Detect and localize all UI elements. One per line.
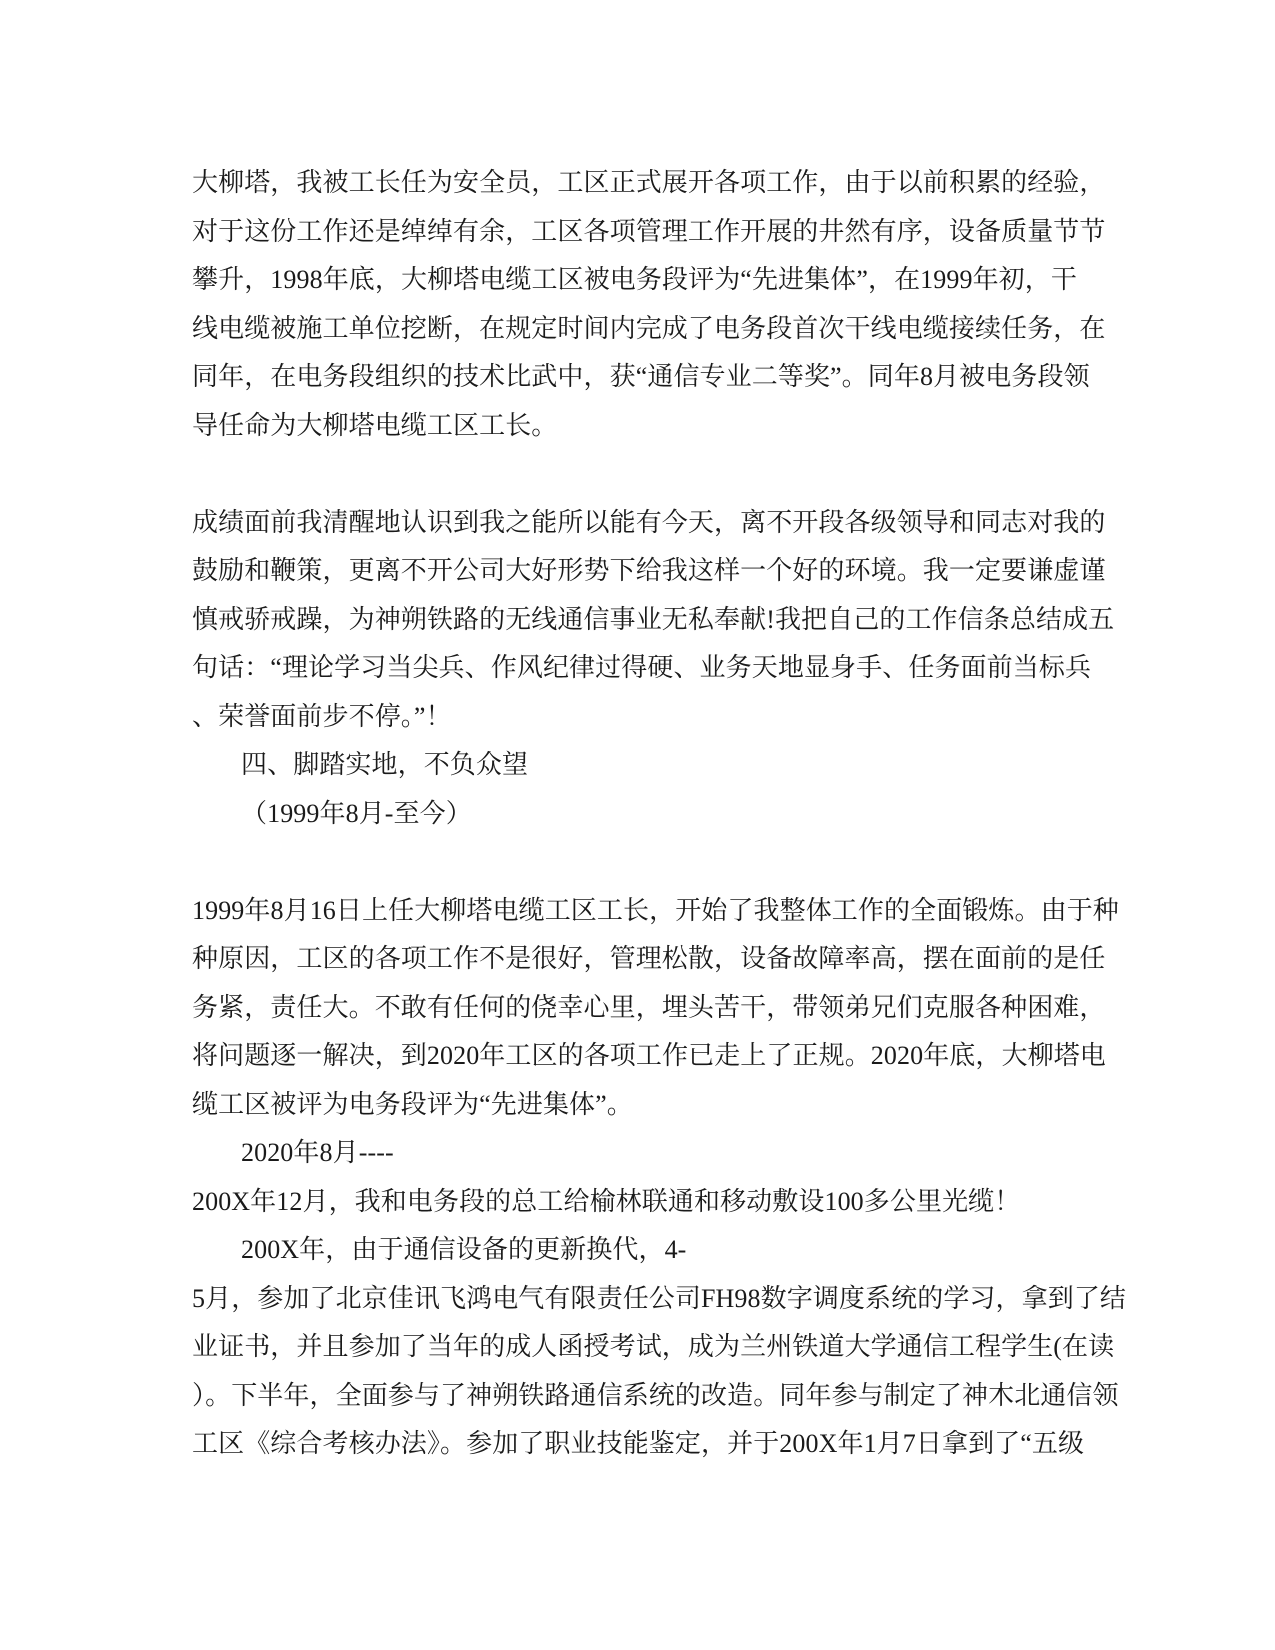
- text-line: 200X年，由于通信设备的更新换代，4-: [192, 1226, 1122, 1275]
- blank-line: [192, 450, 1122, 499]
- text-line: 5月，参加了北京佳讯飞鸿电气有限责任公司FH98数字调度系统的学习，拿到了结: [192, 1275, 1122, 1324]
- text-line: 大柳塔，我被工长任为安全员，工区正式展开各项工作，由于以前积累的经验，: [192, 159, 1122, 208]
- text-line: 攀升，1998年底，大柳塔电缆工区被电务段评为“先进集体”，在1999年初，干: [192, 256, 1122, 305]
- text-line: 线电缆被施工单位挖断，在规定时间内完成了电务段首次干线电缆接续任务，在: [192, 305, 1122, 354]
- blank-line: [192, 838, 1122, 887]
- text-line: 1999年8月16日上任大柳塔电缆工区工长，开始了我整体工作的全面锻炼。由于种: [192, 887, 1122, 936]
- text-line: 务紧，责任大。不敢有任何的侥幸心里，埋头苦干，带领弟兄们克服各种困难，: [192, 984, 1122, 1033]
- document-text-body: 大柳塔，我被工长任为安全员，工区正式展开各项工作，由于以前积累的经验，对于这份工…: [192, 159, 1122, 1469]
- text-line: ）。下半年，全面参与了神朔铁路通信系统的改造。同年参与制定了神木北通信领: [192, 1372, 1122, 1421]
- text-line: 业证书，并且参加了当年的成人函授考试，成为兰州铁道大学通信工程学生(在读: [192, 1323, 1122, 1372]
- text-line: 工区《综合考核办法》。参加了职业技能鉴定，并于200X年1月7日拿到了“五级: [192, 1420, 1122, 1469]
- text-line: （1999年8月-至今）: [192, 790, 1122, 839]
- text-line: 种原因，工区的各项工作不是很好，管理松散，设备故障率高，摆在面前的是任: [192, 935, 1122, 984]
- text-line: 四、脚踏实地，不负众望: [192, 741, 1122, 790]
- document-page: 大柳塔，我被工长任为安全员，工区正式展开各项工作，由于以前积累的经验，对于这份工…: [0, 0, 1275, 1650]
- text-line: 成绩面前我清醒地认识到我之能所以能有今天，离不开段各级领导和同志对我的: [192, 499, 1122, 548]
- text-line: 将问题逐一解决，到2020年工区的各项工作已走上了正规。2020年底，大柳塔电: [192, 1032, 1122, 1081]
- text-line: 导任命为大柳塔电缆工区工长。: [192, 402, 1122, 451]
- text-line: 鼓励和鞭策，更离不开公司大好形势下给我这样一个好的环境。我一定要谦虚谨: [192, 547, 1122, 596]
- text-line: 同年，在电务段组织的技术比武中，获“通信专业二等奖”。同年8月被电务段领: [192, 353, 1122, 402]
- text-line: 句话：“理论学习当尖兵、作风纪律过得硬、业务天地显身手、任务面前当标兵: [192, 644, 1122, 693]
- text-line: 缆工区被评为电务段评为“先进集体”。: [192, 1081, 1122, 1130]
- text-line: 200X年12月，我和电务段的总工给榆林联通和移动敷设100多公里光缆！: [192, 1178, 1122, 1227]
- text-line: 、荣誉面前步不停。”！: [192, 693, 1122, 742]
- text-line: 对于这份工作还是绰绰有余，工区各项管理工作开展的井然有序，设备质量节节: [192, 208, 1122, 257]
- text-line: 2020年8月----: [192, 1129, 1122, 1178]
- text-line: 慎戒骄戒躁，为神朔铁路的无线通信事业无私奉献!我把自己的工作信条总结成五: [192, 596, 1122, 645]
